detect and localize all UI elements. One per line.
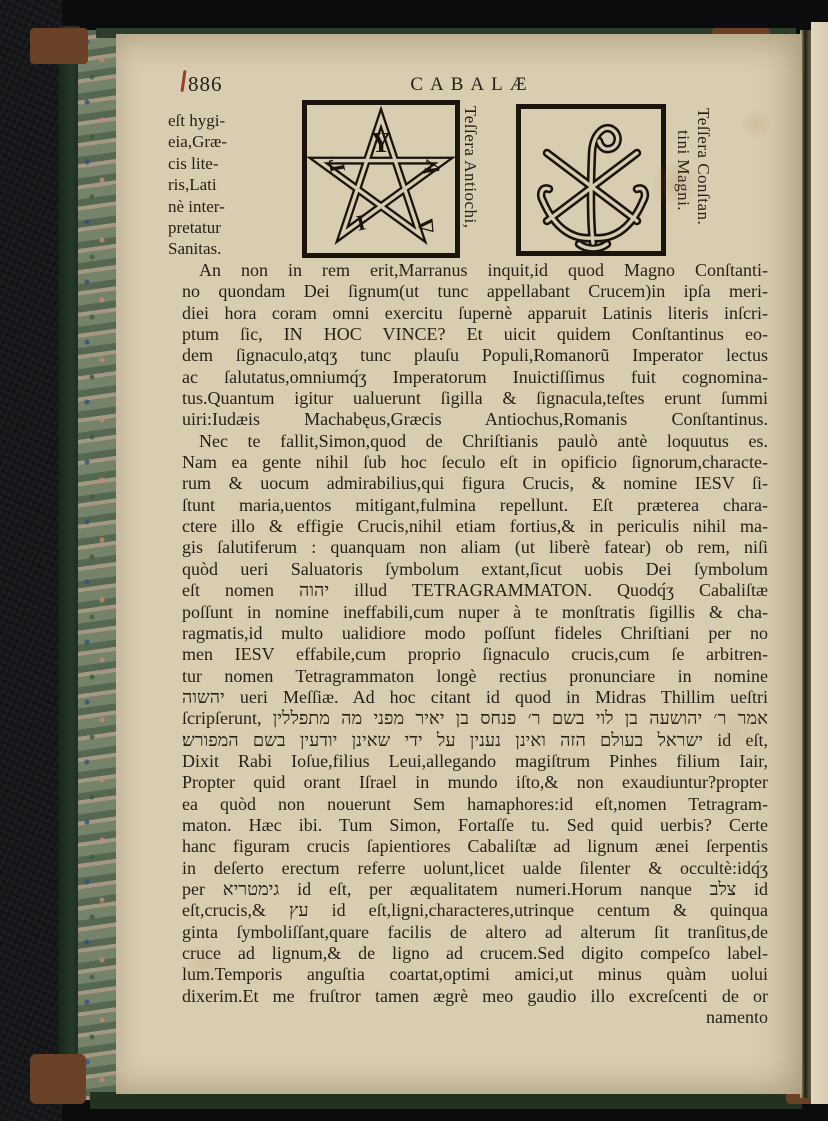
body-text-line: poſſunt in nomine ineffabili,cum nuper à… [182,602,768,623]
body-text-line: dem ſignaculo,atqʒ tunc plauſu Populi,Ro… [182,345,768,366]
catchword: namento [182,1007,768,1028]
body-text-line: tur nomen Tetragrammaton longè rectius p… [182,666,768,687]
marginal-note-line: cis lite- [168,153,304,174]
body-text-line: ſtunt maria,uentos mitigant,fulmina repe… [182,495,768,516]
body-text-line: ea quòd non nouerunt Sem hamaphores:id e… [182,794,768,815]
black-leather-cover-edge [0,0,62,1121]
body-text-line: An non in rem erit,Marranus inquit,id qu… [182,260,768,281]
figure-caption-antiochus: Teſſera Antiochi, [460,106,480,278]
book-block-edge-bottom [90,1092,802,1109]
leather-corner-bottom-left [30,1054,86,1104]
book-photo: 886 CABALÆ eſt hygi- eia,Græ- cis lite- … [0,0,828,1121]
marginal-note-line: pretatur [168,217,304,238]
marginal-note-line: ris,Lati [168,174,304,195]
body-text-line: maton. Hæc ibi. Tum Simon, Fortaſſe tu. … [182,815,768,836]
body-text-line: Nec te fallit,Simon,quod de Chriſtianis … [182,431,768,452]
body-text-line: tus.Quantum igitur ualuerunt ſigilla & ſ… [182,388,768,409]
body-text-line: quòd ueri Saluatoris ſymbolum extant,ſic… [182,559,768,580]
marginal-note-line: eſt hygi- [168,110,304,131]
body-text-line: rum & uocum admirabilius,qui figura Cruc… [182,473,768,494]
body-text-line: ſcripſerunt, אמר ר׳ יהושעה בן לוי בשם ר׳… [182,708,768,729]
body-text-line: gis ſalutiferum : quanquam non aliam (ut… [182,537,768,558]
marginal-note: eſt hygi- eia,Græ- cis lite- ris,Lati nè… [168,110,304,260]
body-text-line: Dixit Rabi Ioſue,filius Leui,allegando m… [182,751,768,772]
body-text: An non in rem erit,Marranus inquit,id qu… [182,260,768,1028]
body-text-line: ragmatis,id multo ualidiore modo poſſunt… [182,623,768,644]
marbled-fore-edge [78,30,118,1100]
running-header: CABALÆ [410,74,533,96]
body-text-line: Nam ea gente nihil ſub hoc ſeculo eſt in… [182,452,768,473]
body-text-line: per גימטריא id eſt, per æqualitatem nume… [182,879,768,900]
marginal-note-line: Sanitas. [168,238,304,259]
body-text-line: ginta ſymboliſſant,quare facilis de alte… [182,922,768,943]
body-text-line: dixerim.Et me fruſtror tamen ægrè meo ga… [182,986,768,1007]
leather-corner-top-left [30,28,88,64]
greek-letter-upsilon: Y [371,128,391,159]
body-text-line: eſt nomen יהוה illud TETRAGRAMMATON. Quo… [182,580,768,601]
body-text-line: ctere illo & effigie Crucis,nihil etiam … [182,516,768,537]
facing-page-edge [811,22,828,1104]
marginal-note-line: eia,Græ- [168,131,304,152]
chi-rho-woodcut [516,104,666,256]
body-text-line: diei hora coram omni exercitu ſupernè ap… [182,303,768,324]
chi-rho-illustration [521,109,661,251]
pentagram-woodcut: Y Γ A I Δ [302,100,460,258]
book-block-edge-left [58,26,80,1104]
body-text-line: lum.Temporis anguſtia coartat,optimi ami… [182,964,768,985]
greek-letter-delta: Δ [412,218,438,234]
body-text-line: eſt,crucis,& עץ id eſt,ligni,characteres… [182,900,768,921]
marginal-note-line: nè inter- [168,196,304,217]
body-text-line: no quondam Dei ſignum(ut tunc appellaban… [182,281,768,302]
body-text-line: ptum ſic, IN HOC VINCE? Et uicit quidem … [182,324,768,345]
body-text-line: men IESV effabile,cum proprio ſignaculo … [182,644,768,665]
pentagram-illustration: Y Γ A I Δ [307,105,455,253]
body-text-line: Propter quid orant Iſrael in mundo iſto,… [182,772,768,793]
body-text-line: יהשוה ueri Meſſiæ. Ad hoc citant id quod… [182,687,768,708]
body-text-line: ישראל בעולם הזה ואינן נענין על ידי שאינן… [182,730,768,751]
page-number: 886 [188,72,223,97]
body-text-line: in deſerto erectum referre uolunt,licet … [182,858,768,879]
body-text-line: cruce ad lignum,& de ligno ad crucem.Sed… [182,943,768,964]
body-text-line: ac ſalutatus,omniumq́ʒ Imperatorum Inuic… [182,367,768,388]
book-page: 886 CABALÆ eſt hygi- eia,Græ- cis lite- … [116,34,802,1094]
red-pen-mark [180,70,186,92]
body-text-line: uiri:Iudæis Machabęus,Græcis Antiochus,R… [182,409,768,430]
body-text-line: hanc figuram crucis ſapientiores Cabaliſ… [182,836,768,857]
